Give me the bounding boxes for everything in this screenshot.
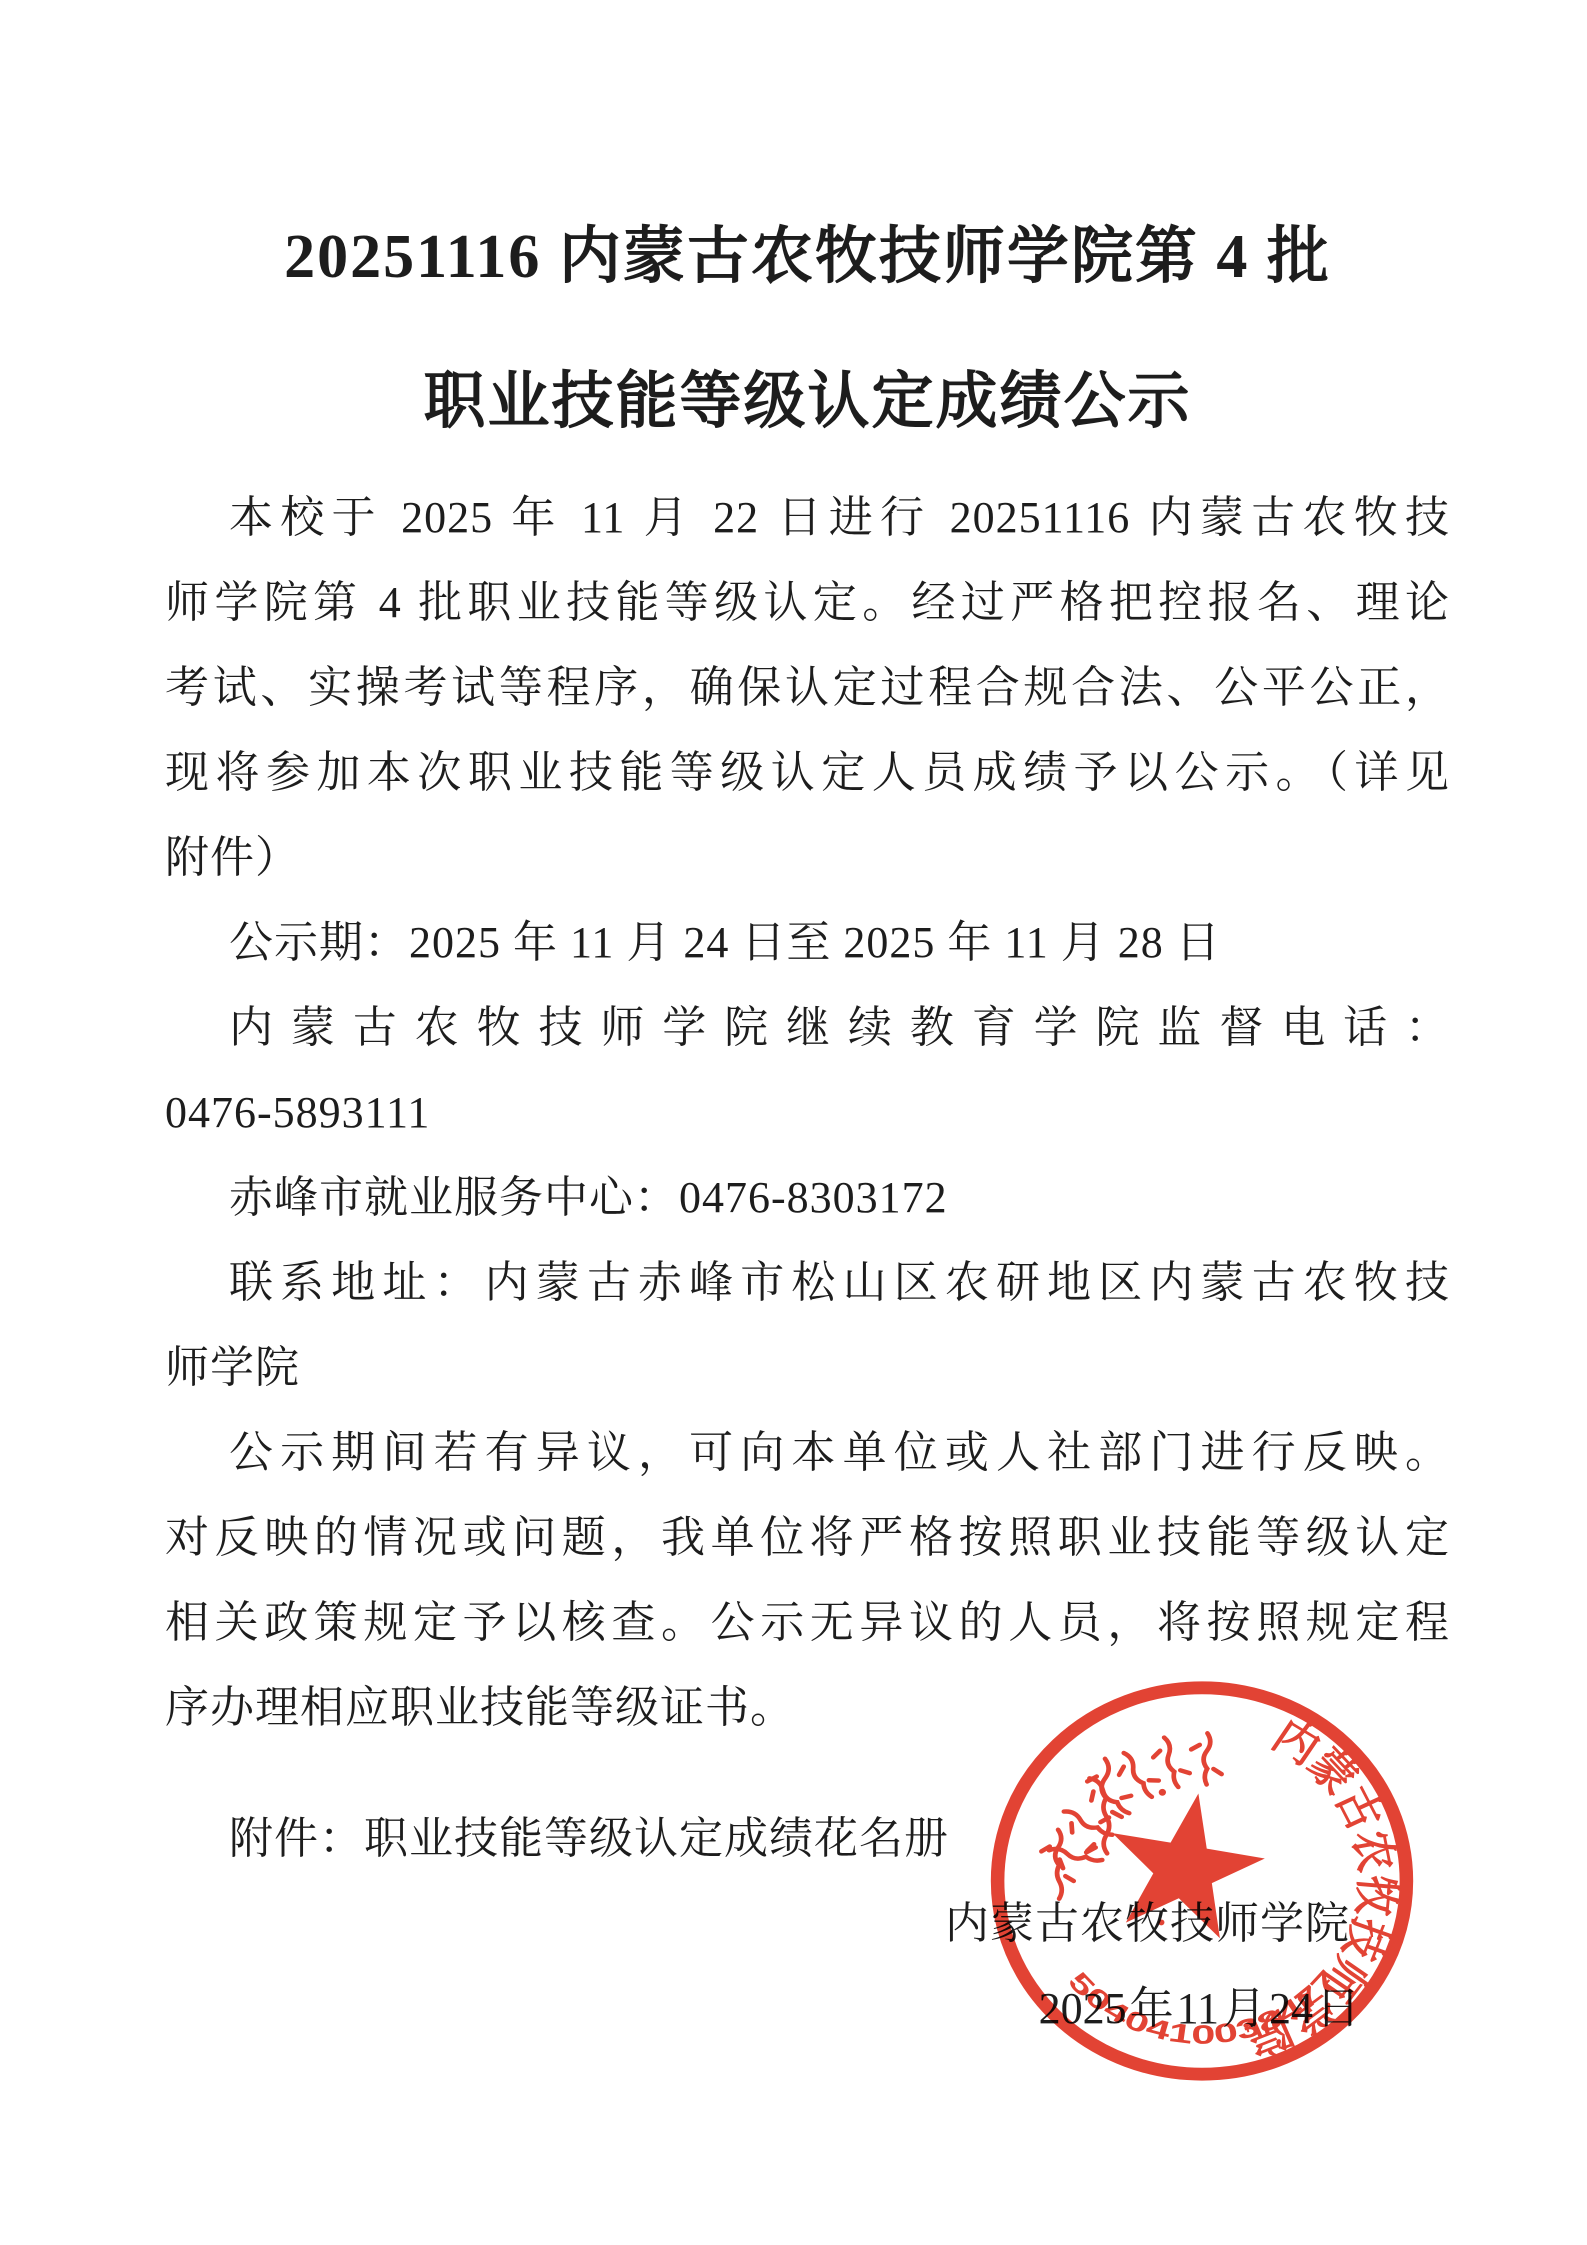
closing-block: 附件：职业技能等级认定成绩花名册 内蒙古农牧技师学院 2025 年 11 月 2… [165,1796,1450,2051]
body-line: 赤峰市就业服务中心：0476-8303172 [165,1155,1450,1240]
issuer-signature: 内蒙古农牧技师学院 [165,1881,1450,1966]
body-line: 现将参加本次职业技能等级认定人员成绩予以公示。（详见 [165,730,1450,815]
issue-date: 2025 年 11 月 24 日 [165,1966,1450,2051]
body-line: 相关政策规定予以核查。公示无异议的人员，将按照规定程 [165,1580,1450,1665]
document-title-line1: 20251116 内蒙古农牧技师学院第 4 批 [165,185,1450,330]
body-line: 考试、实操考试等程序，确保认定过程合规合法、公平公正， [165,645,1450,730]
body-line: 0476-5893111 [165,1070,1450,1155]
document-body: 本校于 2025 年 11 月 22 日进行 20251116 内蒙古农牧技 师… [165,475,1450,2051]
body-line: 联系地址：内蒙古赤峰市松山区农研地区内蒙古农牧技 [165,1240,1450,1325]
body-line: 师学院第 4 批职业技能等级认定。经过严格把控报名、理论 [165,560,1450,645]
body-line: 公示期：2025 年 11 月 24 日至 2025 年 11 月 28 日 [165,900,1450,985]
body-line: 序办理相应职业技能等级证书。 [165,1665,1450,1750]
body-line: 师学院 [165,1325,1450,1410]
body-line: 本校于 2025 年 11 月 22 日进行 20251116 内蒙古农牧技 [165,475,1450,560]
body-line: 附件） [165,815,1450,900]
document-title-line2: 职业技能等级认定成绩公示 [165,330,1450,475]
document-page: 20251116 内蒙古农牧技师学院第 4 批 职业技能等级认定成绩公示 本校于… [0,0,1587,2245]
body-line: 公示期间若有异议，可向本单位或人社部门进行反映。 [165,1410,1450,1495]
attachment-line: 附件：职业技能等级认定成绩花名册 [165,1796,1450,1881]
body-line: 内蒙古农牧技师学院继续教育学院监督电话： [165,985,1450,1070]
body-line: 对反映的情况或问题，我单位将严格按照职业技能等级认定 [165,1495,1450,1580]
